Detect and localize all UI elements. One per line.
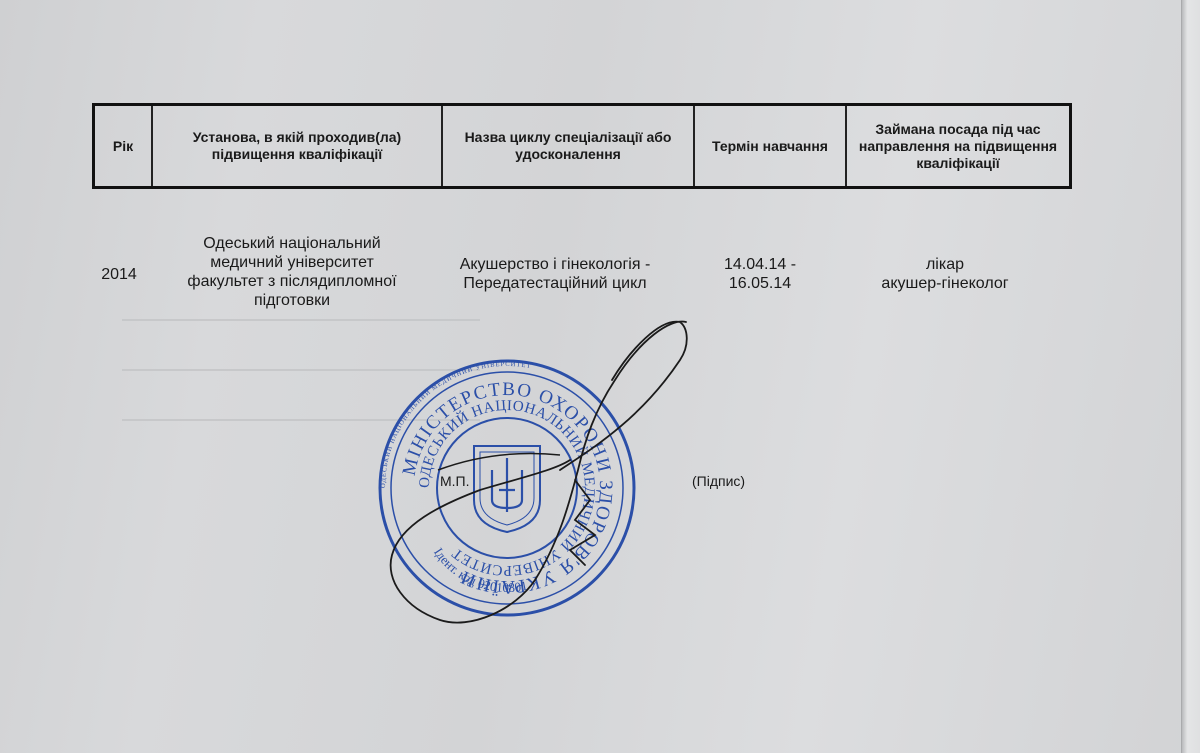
header-course: Назва циклу спеціалізації або удосконале…: [442, 105, 694, 188]
header-position: Займана посада під час направлення на пі…: [846, 105, 1071, 188]
coat-of-arms-icon: [474, 446, 540, 532]
cell-year: 2014: [92, 265, 146, 284]
stamp-rim-text: ОДЕСЬКИЙ НАЦІОНАЛЬНИЙ МЕДИЧНИЙ УНІВЕРСИТ…: [380, 361, 532, 488]
qualification-table: Рік Установа, в якій проходив(ла) підвищ…: [92, 103, 1072, 189]
svg-text:ОДЕСЬКИЙ НАЦІОНАЛЬНИЙ МЕДИЧНИЙ: ОДЕСЬКИЙ НАЦІОНАЛЬНИЙ МЕДИЧНИЙ УНІВЕРСИТ…: [380, 361, 532, 488]
header-institution: Установа, в якій проходив(ла) підвищення…: [152, 105, 442, 188]
header-year: Рік: [94, 105, 153, 188]
header-term: Термін навчання: [694, 105, 846, 188]
svg-text:Ідент. код 02010801: Ідент. код 02010801: [431, 545, 529, 595]
stamp-code-text: Ідент. код 02010801: [431, 545, 529, 595]
stamp-place-label: М.П.: [440, 473, 470, 489]
svg-text:МІНІСТЕРСТВО ОХОРОНИ ЗДОРОВ'Я: МІНІСТЕРСТВО ОХОРОНИ ЗДОРОВ'Я УКРАЇНИ: [399, 379, 616, 597]
cell-term: 14.04.14 - 16.05.14: [690, 255, 830, 293]
table-header-row: Рік Установа, в якій проходив(ла) підвищ…: [94, 105, 1071, 188]
cell-institution: Одеський національний медичний університ…: [150, 234, 434, 310]
cell-course: Акушерство і гінекологія - Передатестаці…: [430, 255, 680, 293]
paper-edge: [1181, 0, 1200, 753]
stamp-outer-text: МІНІСТЕРСТВО ОХОРОНИ ЗДОРОВ'Я УКРАЇНИ: [399, 379, 616, 597]
signature-label: (Підпис): [692, 473, 745, 489]
cell-position: лікар акушер-гінеколог: [840, 255, 1050, 293]
